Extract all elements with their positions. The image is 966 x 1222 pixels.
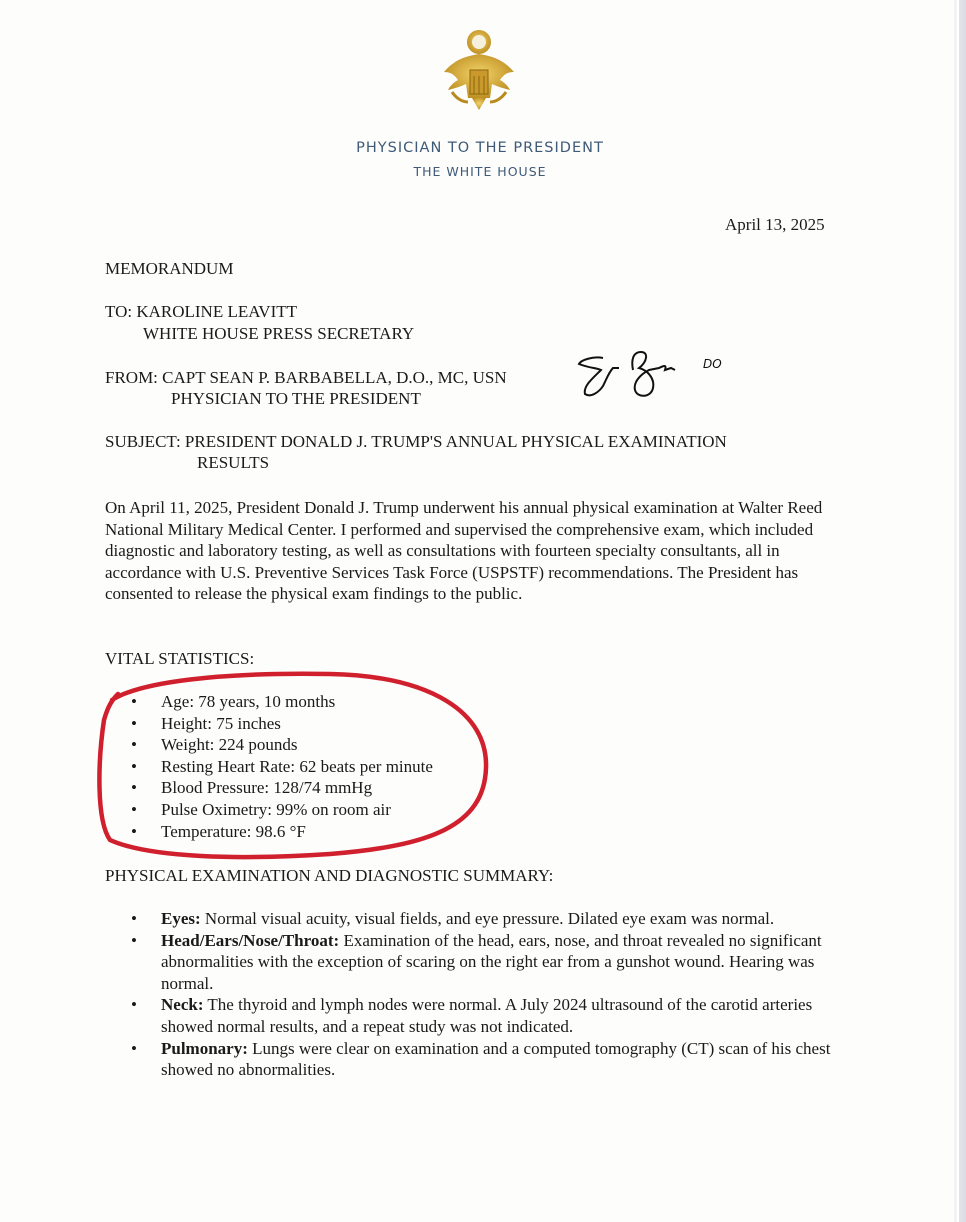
letterhead-title: PHYSICIAN TO THE PRESIDENT	[0, 140, 960, 156]
vital-statistics-heading: VITAL STATISTICS:	[105, 648, 254, 670]
from-sender-title: PHYSICIAN TO THE PRESIDENT	[171, 388, 421, 410]
item-text: Normal visual acuity, visual fields, and…	[201, 909, 774, 928]
to-recipient-title: WHITE HOUSE PRESS SECRETARY	[143, 323, 414, 345]
from-sender: FROM: CAPT SEAN P. BARBABELLA, D.O., MC,…	[105, 367, 507, 389]
list-item: Pulse Oximetry: 99% on room air	[105, 799, 433, 821]
item-text: Lungs were clear on examination and a co…	[161, 1039, 830, 1080]
vital-statistics-list: Age: 78 years, 10 months Height: 75 inch…	[105, 691, 433, 842]
item-label: Head/Ears/Nose/Throat:	[161, 931, 339, 950]
list-item: Resting Heart Rate: 62 beats per minute	[105, 756, 433, 778]
list-item: Neck: The thyroid and lymph nodes were n…	[105, 994, 845, 1037]
svg-text:DO: DO	[703, 357, 722, 371]
exam-summary-list: Eyes: Normal visual acuity, visual field…	[105, 908, 845, 1081]
list-item: Eyes: Normal visual acuity, visual field…	[105, 908, 845, 930]
list-item: Temperature: 98.6 °F	[105, 821, 433, 843]
subject-line: SUBJECT: PRESIDENT DONALD J. TRUMP'S ANN…	[105, 431, 727, 453]
list-item: Pulmonary: Lungs were clear on examinati…	[105, 1038, 845, 1081]
memo-label: MEMORANDUM	[105, 258, 233, 280]
great-seal-eagle-icon	[438, 28, 520, 114]
item-text: The thyroid and lymph nodes were normal.…	[161, 995, 812, 1036]
list-item: Height: 75 inches	[105, 713, 433, 735]
memo-date: April 13, 2025	[725, 214, 825, 236]
list-item: Age: 78 years, 10 months	[105, 691, 433, 713]
list-item: Weight: 224 pounds	[105, 734, 433, 756]
exam-summary-heading: PHYSICAL EXAMINATION AND DIAGNOSTIC SUMM…	[105, 865, 553, 887]
subject-line-continued: RESULTS	[197, 452, 269, 474]
intro-paragraph: On April 11, 2025, President Donald J. T…	[105, 497, 835, 605]
list-item: Head/Ears/Nose/Throat: Examination of th…	[105, 930, 845, 995]
to-recipient: TO: KAROLINE LEAVITT	[105, 301, 297, 323]
page-edge	[954, 0, 966, 1222]
list-item: Blood Pressure: 128/74 mmHg	[105, 777, 433, 799]
item-label: Eyes:	[161, 909, 201, 928]
letterhead-subtitle: THE WHITE HOUSE	[0, 164, 960, 179]
item-label: Pulmonary:	[161, 1039, 248, 1058]
signature-icon: DO	[575, 348, 745, 403]
item-label: Neck:	[161, 995, 203, 1014]
